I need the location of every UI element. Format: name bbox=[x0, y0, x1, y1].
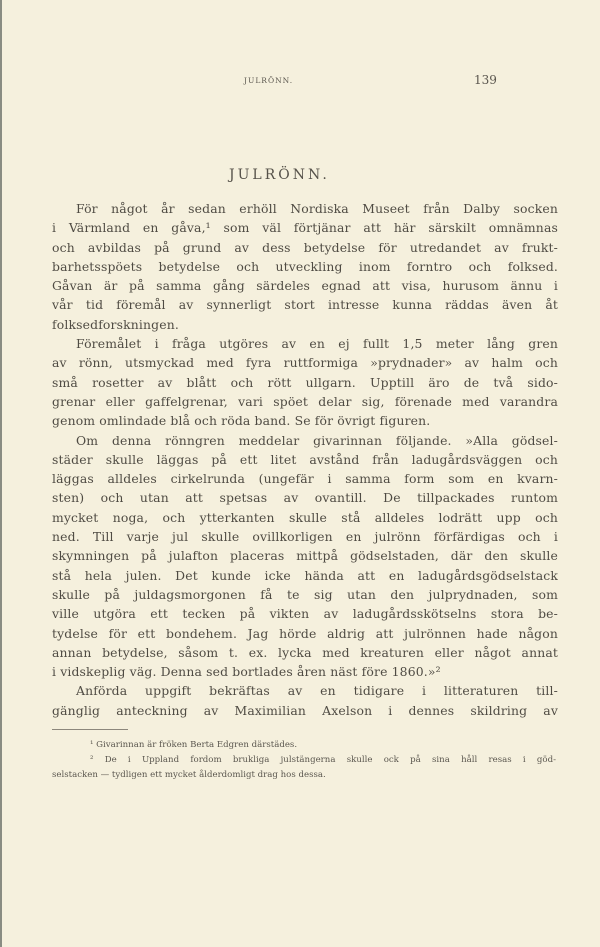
footnote-divider bbox=[52, 729, 128, 730]
text-line: genom omlindade blå och röda band. Se fö… bbox=[52, 411, 558, 430]
text-line: grenar eller gaffelgrenar, vari spöet de… bbox=[52, 392, 558, 411]
running-head: JULRÖNN. bbox=[244, 76, 293, 85]
text-line: av rönn, utsmyckad med fyra ruttformiga … bbox=[52, 353, 558, 372]
text-line: i vidskeplig väg. Denna sed bortlades år… bbox=[52, 662, 558, 681]
footnote-2-continued: selstacken — tydligen ett mycket ålderdo… bbox=[52, 768, 556, 783]
text-line: Om denna rönngren meddelar givarinnan fö… bbox=[52, 431, 558, 450]
text-line: sten) och utan att spetsas av ovantill. … bbox=[52, 488, 558, 507]
footnote-1: ¹ Givarinnan är fröken Berta Edgren därs… bbox=[52, 738, 556, 753]
text-line: ville utgöra ett tecken på vikten av lad… bbox=[52, 604, 558, 623]
text-line: stå hela julen. Det kunde icke hända att… bbox=[52, 566, 558, 585]
text-line: städer skulle läggas på ett litet avstån… bbox=[52, 450, 558, 469]
text-line: Gåvan är på samma gång särdeles egnad at… bbox=[52, 276, 558, 295]
text-line: i Värmland en gåva,¹ som väl förtjänar a… bbox=[52, 218, 558, 237]
chapter-title: JULRÖNN. bbox=[229, 167, 330, 183]
text-line: mycket noga, och ytterkanten skulle stå … bbox=[52, 508, 558, 527]
text-line: skymningen på julafton placeras mittpå g… bbox=[52, 546, 558, 565]
text-line: barhetsspöets betydelse och utveckling i… bbox=[52, 257, 558, 276]
text-line: tydelse för ett bondehem. Jag hörde aldr… bbox=[52, 624, 558, 643]
text-line: Föremålet i fråga utgöres av en ej fullt… bbox=[52, 334, 558, 353]
text-line: annan betydelse, såsom t. ex. lycka med … bbox=[52, 643, 558, 662]
book-page: JULRÖNN. 139 JULRÖNN. För något år sedan… bbox=[0, 0, 600, 947]
body-text: För något år sedan erhöll Nordiska Musee… bbox=[52, 199, 558, 720]
text-line: små rosetter av blått och rött ullgarn. … bbox=[52, 373, 558, 392]
footnotes: ¹ Givarinnan är fröken Berta Edgren därs… bbox=[52, 738, 556, 783]
text-line: folksedforskningen. bbox=[52, 315, 558, 334]
text-line: gänglig anteckning av Maximilian Axelson… bbox=[52, 701, 558, 720]
text-line: och avbildas på grund av dess betydelse … bbox=[52, 238, 558, 257]
footnote-2: ² De i Uppland fordom brukliga julstänge… bbox=[52, 753, 556, 768]
text-line: skulle på juldagsmorgonen få te sig utan… bbox=[52, 585, 558, 604]
page-number: 139 bbox=[474, 73, 497, 87]
text-line: ned. Till varje jul skulle ovillkorligen… bbox=[52, 527, 558, 546]
text-line: För något år sedan erhöll Nordiska Musee… bbox=[52, 199, 558, 218]
text-line: läggas alldeles cirkelrunda (ungefär i s… bbox=[52, 469, 558, 488]
text-line: vår tid föremål av synnerligt stort intr… bbox=[52, 295, 558, 314]
text-line: Anförda uppgift bekräftas av en tidigare… bbox=[52, 681, 558, 700]
